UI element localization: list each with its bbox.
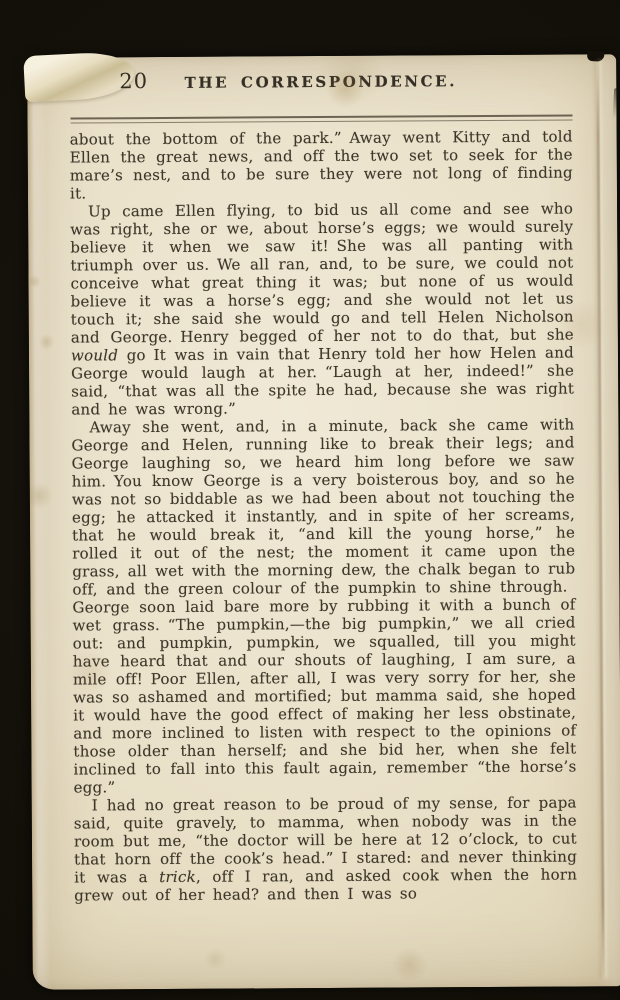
italic-text: trick (159, 868, 196, 886)
page-number: 20 (119, 69, 148, 93)
paragraph: I had no great reason to be proud of my … (74, 793, 578, 904)
paragraph: Up came Ellen flying, to bid us all come… (70, 199, 574, 418)
page-body: about the bottom of the park.” Away went… (70, 127, 578, 904)
italic-text: would (71, 346, 118, 364)
header-rule (71, 114, 573, 123)
text-segment: go It was in vain that Henry told her ho… (71, 343, 574, 418)
paragraph: Away she went, and, in a minute, back sh… (71, 415, 576, 796)
text-segment: Away she went, and, in a minute, back sh… (71, 415, 576, 796)
page-header: 20 THE CORRESPONDENCE. (69, 65, 572, 98)
edge-tear-mark (613, 88, 618, 118)
scan-background: 20 THE CORRESPONDENCE. about the bottom … (0, 0, 620, 1000)
paragraph: about the bottom of the park.” Away went… (70, 127, 573, 202)
text-segment: Up came Ellen flying, to bid us all come… (70, 199, 574, 346)
book-page: 20 THE CORRESPONDENCE. about the bottom … (27, 54, 620, 990)
text-segment: about the bottom of the park.” Away went… (70, 127, 573, 202)
vertical-crease (596, 60, 605, 978)
